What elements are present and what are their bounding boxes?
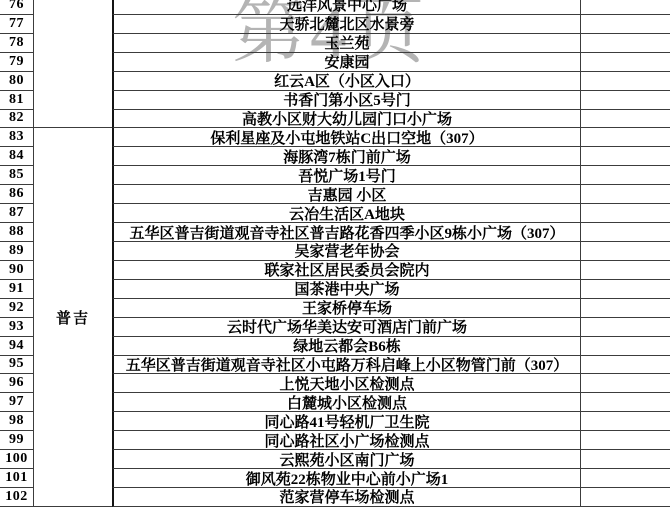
location-cell: 红云A区（小区入口） (112, 72, 580, 91)
location-cell: 吴家营老年协会 (112, 242, 580, 261)
location-cell: 吾悦广场1号门 (112, 166, 580, 185)
location-cell: 安康园 (112, 53, 580, 72)
location-cell: 御风苑22栋物业中心前小广场1 (112, 469, 580, 488)
empty-cell (580, 0, 670, 15)
empty-cell (580, 299, 670, 318)
row-number-cell: 92 (0, 299, 34, 318)
row-number-cell: 85 (0, 166, 34, 185)
location-cell: 联家社区居民委员会院内 (112, 261, 580, 280)
row-number-cell: 77 (0, 15, 34, 34)
location-cell: 云熙苑小区南门广场 (112, 450, 580, 469)
empty-cell (580, 72, 670, 91)
row-number-cell: 84 (0, 147, 34, 166)
empty-cell (580, 128, 670, 147)
location-cell: 同心路社区小广场检测点 (112, 431, 580, 450)
empty-cell (580, 15, 670, 34)
row-number-cell: 83 (0, 128, 34, 147)
empty-cell (580, 242, 670, 261)
empty-cell (580, 318, 670, 337)
row-number-cell: 90 (0, 261, 34, 280)
row-number-cell: 89 (0, 242, 34, 261)
row-number-cell: 96 (0, 374, 34, 393)
row-number-cell: 80 (0, 72, 34, 91)
empty-cell (580, 450, 670, 469)
empty-cell (580, 223, 670, 242)
row-number-cell: 93 (0, 318, 34, 337)
location-cell: 上悦天地小区检测点 (112, 374, 580, 393)
empty-cell (580, 337, 670, 356)
district-cell: 普吉 (34, 128, 112, 506)
row-number-cell: 97 (0, 393, 34, 412)
empty-cell (580, 469, 670, 488)
location-cell: 保利星座及小屯地铁站C出口空地（307） (112, 128, 580, 147)
location-cell: 白麓城小区检测点 (112, 393, 580, 412)
row-number-cell: 100 (0, 450, 34, 469)
location-cell: 五华区普吉街道观音寺社区普吉路花香四季小区9栋小广场（307） (112, 223, 580, 242)
location-cell: 绿地云都会B6栋 (112, 337, 580, 356)
empty-cell (580, 53, 670, 72)
location-cell: 同心路41号轻机厂卫生院 (112, 412, 580, 431)
empty-cell (580, 356, 670, 375)
empty-cell (580, 185, 670, 204)
table-grid: 76远洋风景中心广场77天骄北麓北区水景旁78玉兰苑79安康园80红云A区（小区… (0, 0, 670, 507)
empty-cell (580, 280, 670, 299)
location-cell: 五华区普吉街道观音寺社区小屯路万科启峰上小区物管门前（307） (112, 356, 580, 375)
empty-cell (580, 204, 670, 223)
row-number-cell: 82 (0, 110, 34, 129)
location-cell: 范家营停车场检测点 (112, 488, 580, 507)
row-number-cell: 98 (0, 412, 34, 431)
location-cell: 吉惠园 小区 (112, 185, 580, 204)
district-cell (34, 0, 112, 128)
empty-cell (580, 110, 670, 129)
empty-cell (580, 91, 670, 110)
empty-cell (580, 261, 670, 280)
row-number-cell: 102 (0, 488, 34, 507)
row-number-cell: 78 (0, 34, 34, 53)
row-number-cell: 99 (0, 431, 34, 450)
empty-cell (580, 374, 670, 393)
row-number-cell: 95 (0, 356, 34, 375)
location-cell: 王家桥停车场 (112, 299, 580, 318)
location-cell: 国茶港中央广场 (112, 280, 580, 299)
row-number-cell: 94 (0, 337, 34, 356)
empty-cell (580, 431, 670, 450)
row-number-cell: 91 (0, 280, 34, 299)
row-number-cell: 81 (0, 91, 34, 110)
document-page: 第4页 76远洋风景中心广场77天骄北麓北区水景旁78玉兰苑79安康园80红云A… (0, 0, 670, 511)
location-cell: 高教小区财大幼儿园门口小广场 (112, 110, 580, 129)
empty-cell (580, 34, 670, 53)
location-cell: 天骄北麓北区水景旁 (112, 15, 580, 34)
row-number-cell: 76 (0, 0, 34, 15)
location-cell: 云时代广场华美达安可酒店门前广场 (112, 318, 580, 337)
row-number-cell: 87 (0, 204, 34, 223)
empty-cell (580, 412, 670, 431)
row-number-cell: 79 (0, 53, 34, 72)
location-cell: 书香门第小区5号门 (112, 91, 580, 110)
row-number-cell: 88 (0, 223, 34, 242)
row-number-cell: 101 (0, 469, 34, 488)
location-cell: 云冶生活区A地块 (112, 204, 580, 223)
location-cell: 玉兰苑 (112, 34, 580, 53)
empty-cell (580, 147, 670, 166)
empty-cell (580, 488, 670, 507)
location-cell: 海豚湾7栋门前广场 (112, 147, 580, 166)
row-number-cell: 86 (0, 185, 34, 204)
empty-cell (580, 166, 670, 185)
empty-cell (580, 393, 670, 412)
location-cell: 远洋风景中心广场 (112, 0, 580, 15)
